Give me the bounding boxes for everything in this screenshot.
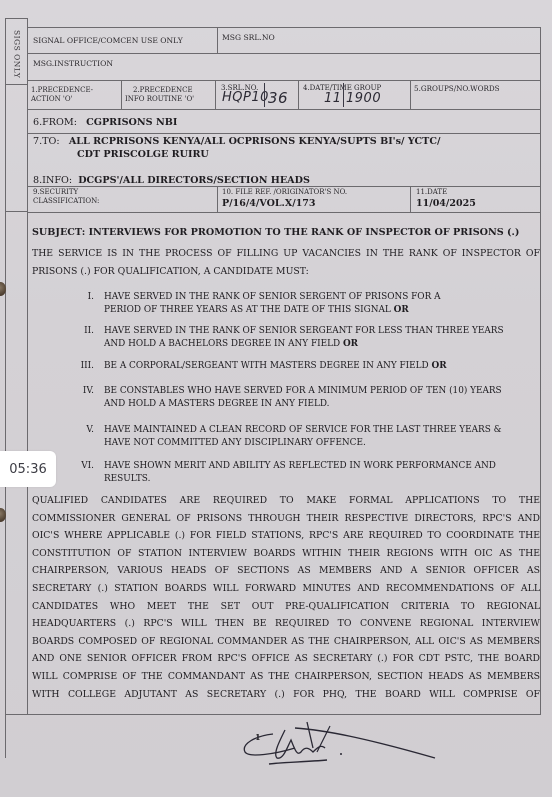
to-field-line2: CDT PRISCOLGE RUIRU: [77, 149, 209, 160]
table-border: [27, 133, 541, 134]
date-value: 11/04/2025: [416, 198, 476, 209]
paragraph-line: QUALIFIED CANDIDATES ARE REQUIRED TO MAK…: [32, 492, 540, 510]
paragraph-line: CANDIDATES WHO MEET THE SET OUT PRE-QUAL…: [32, 598, 540, 616]
signature: [235, 718, 445, 778]
precedence-info-label: 2.PRECEDENCE INFO ROUTINE 'O': [125, 86, 194, 104]
table-border: [217, 27, 218, 53]
table-border: [27, 27, 541, 28]
file-ref-label: 10. FILE REF. /ORIGINATOR'S NO.: [222, 188, 347, 197]
paragraph-line: CONSTITUTION OF STATION INTERVIEW BOARDS…: [32, 545, 540, 563]
timestamp-overlay: 05:36: [0, 451, 56, 487]
handwritten-divider: [343, 83, 344, 107]
info-field: 8.INFO: DCGPS'/ALL DIRECTORS/SECTION HEA…: [33, 175, 310, 186]
table-border: [540, 27, 541, 714]
paragraph-line: OIC'S WHERE APPLICABLE (.) FOR FIELD STA…: [32, 527, 540, 545]
table-border: [27, 109, 541, 110]
criterion-number: III.: [66, 360, 94, 373]
srl-no-value: HQP10: [222, 90, 269, 105]
margin-line: [5, 18, 6, 758]
date-label: 11.DATE: [416, 188, 447, 197]
handwritten-divider: [264, 83, 265, 107]
paragraph-line: HEADQUARTERS (.) RPC'S WILL THEN BE REQU…: [32, 615, 540, 633]
subject-line: SUBJECT: INTERVIEWS FOR PROMOTION TO THE…: [32, 227, 519, 238]
table-border: [5, 714, 541, 715]
criterion-number: II.: [66, 325, 94, 338]
table-border: [298, 80, 299, 109]
precedence-action-label: 1.PRECEDENCE- ACTION 'O': [31, 86, 93, 104]
dtg-time-value: 1900: [346, 91, 381, 106]
paragraph-line: COMMISSIONER GENERAL OF PRISONS THROUGH …: [32, 510, 540, 528]
margin-line: [5, 211, 27, 212]
margin-line: [27, 18, 28, 714]
criterion-number: VI.: [66, 460, 94, 473]
table-border: [215, 80, 216, 109]
to-field: 7.TO: ALL RCPRISONS KENYA/ALL OCPRISONS …: [33, 136, 440, 147]
criterion-text: HAVE SERVED IN THE RANK OF SENIOR SERGEA…: [104, 325, 536, 350]
file-ref-value: P/16/4/VOL.X/173: [222, 198, 316, 209]
table-border: [27, 80, 541, 81]
criterion-text: HAVE SHOWN MERIT AND ABILITY AS REFLECTE…: [104, 460, 536, 485]
msg-instruction-label: MSG.INSTRUCTION: [33, 59, 113, 68]
dtg-day-value: 11: [324, 91, 342, 106]
paragraph-line: CHAIRPERSON, VARIOUS HEADS OF SECTIONS A…: [32, 562, 540, 580]
margin-line: [5, 18, 27, 19]
criterion-number: IV.: [66, 385, 94, 398]
criterion-text: BE A CORPORAL/SERGEANT WITH MASTERS DEGR…: [104, 360, 536, 373]
srl-no-suffix: 36: [268, 89, 288, 107]
intro-paragraph: THE SERVICE IS IN THE PROCESS OF FILLING…: [32, 245, 540, 281]
groups-label: 5.GROUPS/NO.WORDS: [414, 84, 500, 93]
criterion-number: V.: [66, 424, 94, 437]
table-border: [27, 186, 541, 187]
criterion-number: I.: [66, 291, 94, 304]
msg-srl-no-label: MSG SRL.NO: [222, 33, 275, 42]
paragraph-line: SECRETARY (.) STATION BOARDS WILL FORWAR…: [32, 580, 540, 598]
document-page: SIGS ONLY SIGNAL OFFICE/COMCEN USE ONLY …: [0, 0, 552, 797]
criterion-text: HAVE SERVED IN THE RANK OF SENIOR SERGEN…: [104, 291, 536, 316]
table-border: [121, 80, 122, 109]
paragraph-line: AND ONE SENIOR OFFICER FROM RPC'S OFFICE…: [32, 650, 540, 668]
security-classification-label: 9.SECURITY CLASSIFICATION:: [33, 188, 99, 205]
criterion-text: BE CONSTABLES WHO HAVE SERVED FOR A MINI…: [104, 385, 536, 410]
margin-line: [5, 84, 27, 85]
from-field: 6.FROM: CGPRISONS NBI: [33, 117, 177, 128]
criterion-text: HAVE MAINTAINED A CLEAN RECORD OF SERVIC…: [104, 424, 536, 449]
sigs-only-label: SIGS ONLY: [7, 24, 27, 84]
paragraph-line: BOARDS COMPOSED OF REGIONAL COMMANDER AS…: [32, 633, 540, 651]
table-border: [27, 53, 541, 54]
table-border: [217, 186, 218, 212]
paragraph-line: WITH COLLEGE ADJUTANT AS SECRETARY (.) F…: [32, 686, 540, 704]
signal-office-label: SIGNAL OFFICE/COMCEN USE ONLY: [33, 36, 183, 45]
table-border: [410, 80, 411, 109]
paragraph-line: WILL COMPRISE OF THE COMMANDANT AS THE C…: [32, 668, 540, 686]
instructions-paragraph: QUALIFIED CANDIDATES ARE REQUIRED TO MAK…: [32, 492, 540, 703]
table-border: [410, 186, 411, 212]
table-border: [27, 212, 541, 213]
